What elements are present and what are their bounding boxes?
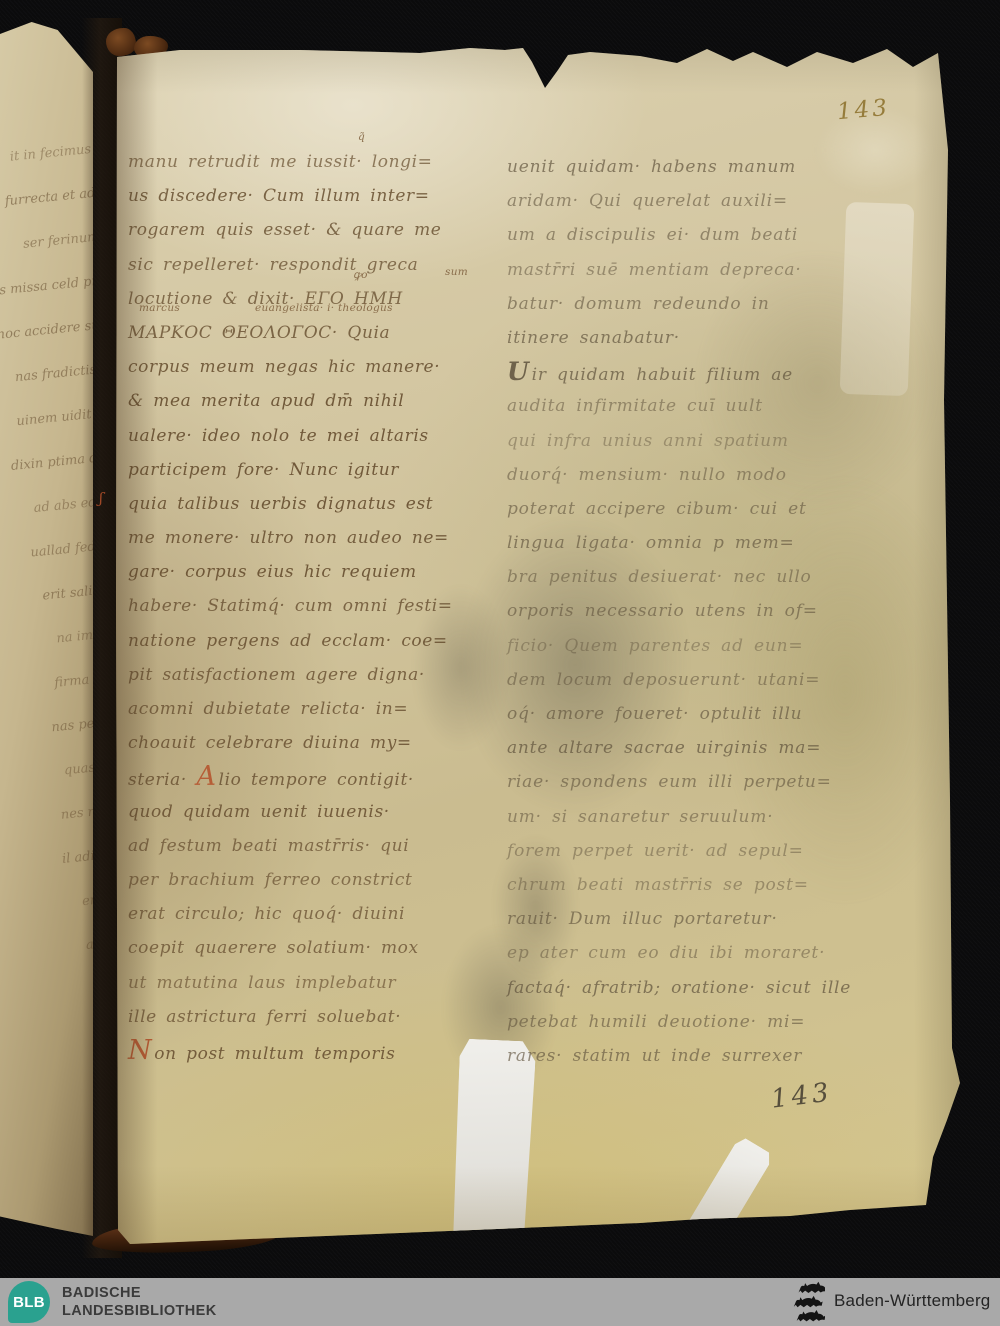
manuscript-line: bra penitus desiuerat· nec ullo: [507, 560, 851, 594]
manuscript-line: coepit quaerere solatium· mox: [128, 931, 453, 965]
manuscript-line: & mea merita apud dm̄ nihil: [128, 384, 453, 418]
manuscript-line: ΜΑΡΚΟϹ ΘΕΟΛΟΓΟϹ· Quia: [128, 316, 453, 350]
manuscript-line: petebat humili deuotione· mi=: [507, 1005, 851, 1039]
manuscript-line: uenit quidam· habens manum: [507, 150, 851, 184]
manuscript-line: ad festum beati mastr̄ris· qui: [128, 829, 453, 863]
library-name: BADISCHE LANDESBIBLIOTHEK: [62, 1285, 217, 1320]
folio-number-top: 143: [836, 95, 891, 126]
manuscript-line: dem locum deposuerunt· utani=: [507, 663, 851, 697]
manuscript-line: rauit· Dum illuc portaretur·: [507, 902, 851, 936]
manuscript-line: steria· Alio tempore contigit·: [128, 760, 453, 794]
manuscript-line: mastr̄ri suē mentiam depreca·: [507, 253, 851, 287]
manuscript-line: riae· spondens eum illi perpetu=: [507, 765, 851, 799]
folio-number-bottom: 143: [769, 1077, 834, 1114]
manuscript-line: batur· domum redeundo in: [507, 287, 851, 321]
manuscript-line: ut matutina laus implebatur: [128, 966, 453, 1000]
text-column-left: manu retrudit me iussit· longi=us disced…: [128, 145, 453, 1068]
interlinear-gloss: sum: [445, 266, 468, 278]
manuscript-line: rares· statim ut inde surrexer: [507, 1039, 851, 1073]
manuscript-line: habere· Statimq́· cum omni festi=: [128, 589, 453, 623]
manuscript-line: pit satisfactionem agere digna·: [128, 658, 453, 692]
interlinear-gloss: marcus: [139, 302, 180, 314]
library-name-line1: BADISCHE: [62, 1285, 217, 1303]
manuscript-line: orporis necessario utens in of=: [507, 594, 851, 628]
manuscript-line: choauit celebrare diuina my=: [128, 726, 453, 760]
manuscript-line: forem perpet uerit· ad sepul=: [507, 834, 851, 868]
manuscript-line: ualere· ideo nolo te mei altaris: [128, 419, 453, 453]
manuscript-line: Non post multum temporis: [128, 1034, 453, 1068]
interlinear-gloss: ꝙo: [353, 268, 368, 282]
manuscript-line: participem fore· Nunc igitur: [128, 453, 453, 487]
manuscript-line: audita infirmitate cuī uult: [507, 389, 851, 423]
manuscript-line: ep ater cum eo diu ibi moraret·: [507, 936, 851, 970]
bw-coat-of-arms-icon: [791, 1280, 825, 1324]
manuscript-line: Uir quidam habuit filium ae: [507, 355, 851, 389]
footer-bar: BLB BADISCHE LANDESBIBLIOTHEK Baden-Würt…: [0, 1278, 1000, 1326]
manuscript-line: factaq́· afratrib; oratione· sicut ille: [507, 971, 851, 1005]
manuscript-page: 143 143 manu retrudit me iussit· longi=u…: [115, 45, 965, 1250]
manuscript-line: me monere· ultro non audeo ne=: [128, 521, 453, 555]
manuscript-line: ille astrictura ferri soluebat·: [128, 1000, 453, 1034]
manuscript-line: quia talibus uerbis dignatus est: [128, 487, 453, 521]
library-name-line2: LANDESBIBLIOTHEK: [62, 1303, 217, 1321]
manuscript-line: sic repelleret· respondit greca: [128, 248, 453, 282]
manuscript-line: manu retrudit me iussit· longi=: [128, 145, 453, 179]
manuscript-line: per brachium ferreo constrict: [128, 863, 453, 897]
manuscript-line: um a discipulis ei· dum beati: [507, 218, 851, 252]
region-label: Baden-Württemberg: [834, 1291, 990, 1311]
manuscript-line: corpus meum negas hic manere·: [128, 350, 453, 384]
blb-logo: BLB: [8, 1281, 50, 1323]
manuscript-line: um· si sanaretur seruulum·: [507, 800, 851, 834]
facing-page-edge: it in fecimusfurrecta et adser ferinums …: [0, 20, 93, 1236]
interlinear-gloss: euangelista· i· theologus: [255, 302, 393, 314]
book-gutter: [82, 18, 122, 1258]
decorated-initial: A: [196, 761, 218, 792]
manuscript-line: qui infra unius anni spatium: [507, 424, 851, 458]
margin-rubric-mark: ʃ: [99, 489, 103, 507]
manuscript-line: acomni dubietate relicta· in=: [128, 692, 453, 726]
binding-leather-fragment: [106, 28, 136, 56]
manuscript-photo-viewer: it in fecimusfurrecta et adser ferinums …: [0, 0, 1000, 1326]
repair-strip: [679, 1135, 774, 1257]
manuscript-line: ficio· Quem parentes ad eun=: [507, 629, 851, 663]
manuscript-line: chrum beati mastr̄ris se post=: [507, 868, 851, 902]
manuscript-line: lingua ligata· omnia p mem=: [507, 526, 851, 560]
manuscript-line: itinere sanabatur·: [507, 321, 851, 355]
manuscript-line: aridam· Qui querelat auxili=: [507, 184, 851, 218]
manuscript-line: rogarem quis esset· & quare me: [128, 213, 453, 247]
manuscript-line: oq́· amore foueret· optulit illu: [507, 697, 851, 731]
manuscript-line: poterat accipere cibum· cui et: [507, 492, 851, 526]
manuscript-line: erat circulo; hic quoq́· diuini: [128, 897, 453, 931]
manuscript-line: duorq́· mensium· nullo modo: [507, 458, 851, 492]
manuscript-line: quod quidam uenit iuuenis·: [128, 795, 453, 829]
manuscript-line: ante altare sacrae uirginis ma=: [507, 731, 851, 765]
manuscript-line: gare· corpus eius hic requiem: [128, 555, 453, 589]
manuscript-line: us discedere· Cum illum inter=: [128, 179, 453, 213]
manuscript-line: natione pergens ad ecclam· coe=: [128, 624, 453, 658]
decorated-initial: U: [507, 357, 532, 386]
interlinear-gloss: q̃: [358, 131, 365, 143]
text-column-right: uenit quidam· habens manumaridam· Qui qu…: [507, 150, 851, 1073]
decorated-initial: N: [128, 1035, 154, 1066]
